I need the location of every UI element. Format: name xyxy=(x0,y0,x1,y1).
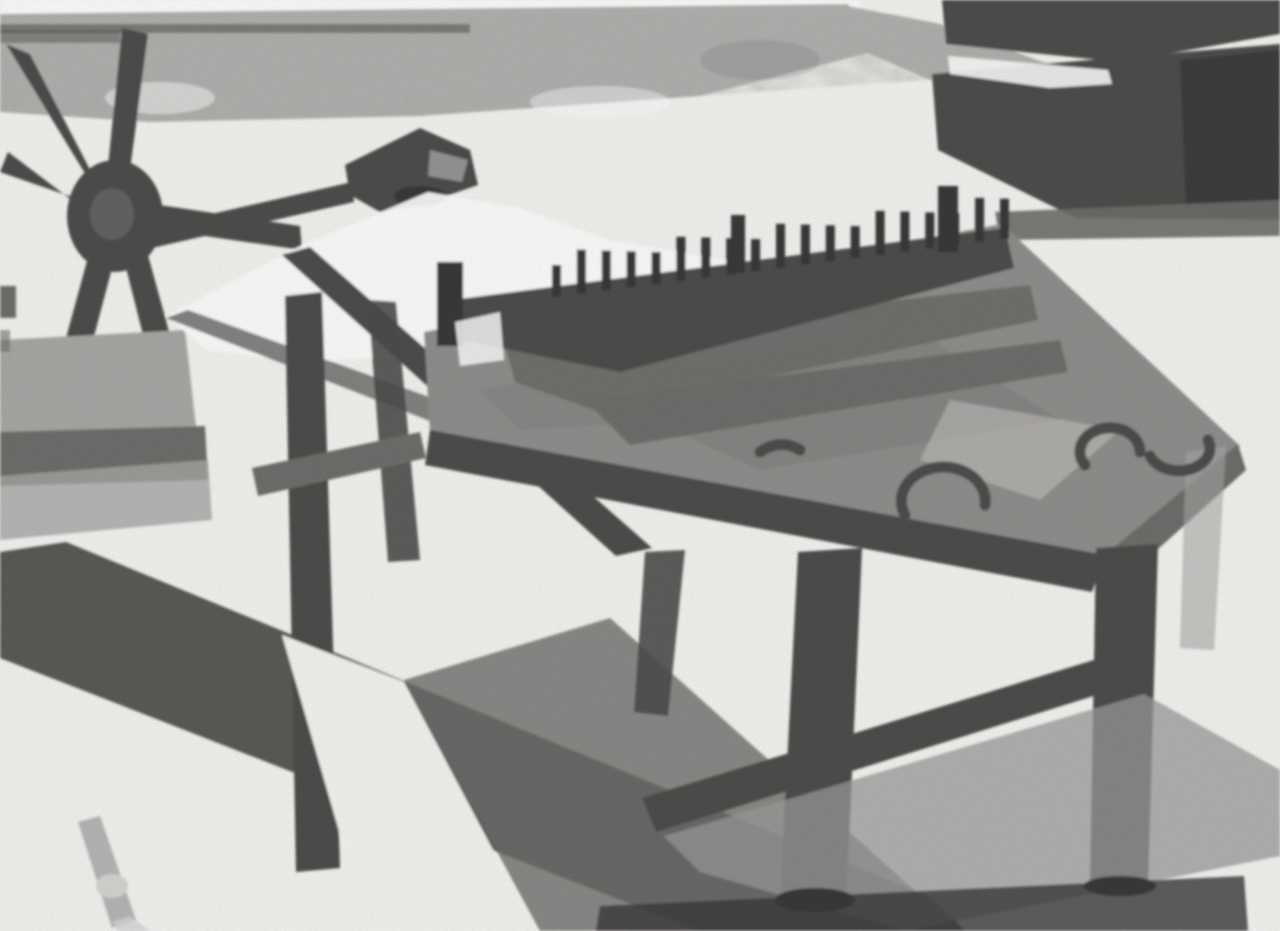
film-grain-overlay xyxy=(0,0,1280,931)
photograph xyxy=(0,0,1280,931)
photo-canvas xyxy=(0,0,1280,931)
